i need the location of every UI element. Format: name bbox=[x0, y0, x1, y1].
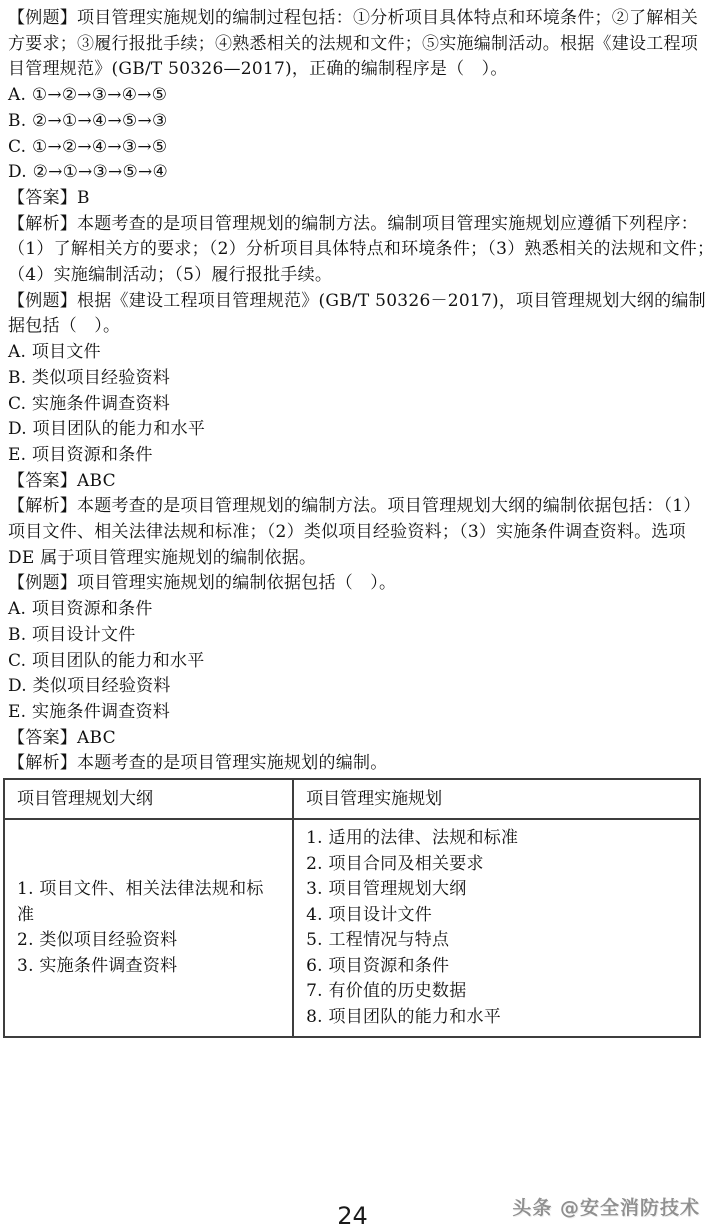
option-b: B. 类似项目经验资料 bbox=[8, 366, 705, 392]
question-block: 【例题】项目管理实施规划的编制过程包括：①分析项目具体特点和环境条件；②了解相关… bbox=[8, 6, 705, 289]
question-stem-line: 【例题】根据《建设工程项目管理规范》(GB/T 50326－2017)，项目管理… bbox=[8, 289, 705, 315]
table-item: 3. 实施条件调查资料 bbox=[17, 954, 280, 980]
answer-line: 【答案】ABC bbox=[8, 726, 705, 752]
table-header-outline: 项目管理规划大纲 bbox=[4, 779, 293, 819]
table-item: 2. 类似项目经验资料 bbox=[17, 928, 280, 954]
analysis-line: （1）了解相关方的要求；（2）分析项目具体特点和环境条件；（3）熟悉相关的法规和… bbox=[8, 237, 705, 263]
question-block: 【例题】项目管理实施规划的编制依据包括（ ）。 A. 项目资源和条件 B. 项目… bbox=[8, 571, 705, 777]
page-content: 【例题】项目管理实施规划的编制过程包括：①分析项目具体特点和环境条件；②了解相关… bbox=[0, 0, 705, 777]
table-cell-implementation-basis: 1. 适用的法律、法规和标准 2. 项目合同及相关要求 3. 项目管理规划大纲 … bbox=[293, 819, 700, 1037]
table-item: 8. 项目团队的能力和水平 bbox=[306, 1005, 687, 1031]
option-c: C. 项目团队的能力和水平 bbox=[8, 649, 705, 675]
option-e: E. 实施条件调查资料 bbox=[8, 700, 705, 726]
analysis-line: DE 属于项目管理实施规划的编制依据。 bbox=[8, 546, 705, 572]
analysis-line: 【解析】本题考查的是项目管理实施规划的编制。 bbox=[8, 751, 705, 777]
table-item: 4. 项目设计文件 bbox=[306, 903, 687, 929]
table-item: 1. 项目文件、相关法律法规和标准 bbox=[17, 877, 280, 928]
table-header-implementation: 项目管理实施规划 bbox=[293, 779, 700, 819]
table-item: 6. 项目资源和条件 bbox=[306, 954, 687, 980]
option-d: D. 类似项目经验资料 bbox=[8, 674, 705, 700]
question-stem-line: 【例题】项目管理实施规划的编制过程包括：①分析项目具体特点和环境条件；②了解相关 bbox=[8, 6, 705, 32]
table-item: 2. 项目合同及相关要求 bbox=[306, 852, 687, 878]
answer-line: 【答案】ABC bbox=[8, 469, 705, 495]
analysis-line: 【解析】本题考查的是项目管理规划的编制方法。编制项目管理实施规划应遵循下列程序： bbox=[8, 212, 705, 238]
question-stem-line: 方要求；③履行报批手续；④熟悉相关的法规和文件；⑤实施编制活动。根据《建设工程项 bbox=[8, 32, 705, 58]
table-item: 1. 适用的法律、法规和标准 bbox=[306, 826, 687, 852]
question-stem-line: 【例题】项目管理实施规划的编制依据包括（ ）。 bbox=[8, 571, 705, 597]
option-e: E. 项目资源和条件 bbox=[8, 443, 705, 469]
table-body-row: 1. 项目文件、相关法律法规和标准 2. 类似项目经验资料 3. 实施条件调查资… bbox=[4, 819, 700, 1037]
question-stem-line: 据包括（ ）。 bbox=[8, 314, 705, 340]
table-header-row: 项目管理规划大纲 项目管理实施规划 bbox=[4, 779, 700, 819]
option-d: D. ②→①→③→⑤→④ bbox=[8, 160, 705, 186]
analysis-line: （4）实施编制活动；（5）履行报批手续。 bbox=[8, 263, 705, 289]
table-item: 5. 工程情况与特点 bbox=[306, 928, 687, 954]
option-c: C. 实施条件调查资料 bbox=[8, 392, 705, 418]
table-item: 7. 有价值的历史数据 bbox=[306, 979, 687, 1005]
table-item: 3. 项目管理规划大纲 bbox=[306, 877, 687, 903]
question-block: 【例题】根据《建设工程项目管理规范》(GB/T 50326－2017)，项目管理… bbox=[8, 289, 705, 572]
option-b: B. 项目设计文件 bbox=[8, 623, 705, 649]
document-page: 【例题】项目管理实施规划的编制过程包括：①分析项目具体特点和环境条件；②了解相关… bbox=[0, 0, 705, 1232]
option-a: A. ①→②→③→④→⑤ bbox=[8, 83, 705, 109]
option-b: B. ②→①→④→⑤→③ bbox=[8, 109, 705, 135]
toutiao-watermark: 头条 @安全消防技术 bbox=[512, 1193, 700, 1220]
analysis-line: 【解析】本题考查的是项目管理规划的编制方法。项目管理规划大纲的编制依据包括：（1… bbox=[8, 494, 705, 520]
option-a: A. 项目文件 bbox=[8, 340, 705, 366]
comparison-table: 项目管理规划大纲 项目管理实施规划 1. 项目文件、相关法律法规和标准 2. 类… bbox=[3, 778, 701, 1038]
question-stem-line: 目管理规范》(GB/T 50326—2017)，正确的编制程序是（ ）。 bbox=[8, 57, 705, 83]
option-d: D. 项目团队的能力和水平 bbox=[8, 417, 705, 443]
answer-line: 【答案】B bbox=[8, 186, 705, 212]
option-a: A. 项目资源和条件 bbox=[8, 597, 705, 623]
option-c: C. ①→②→④→③→⑤ bbox=[8, 135, 705, 161]
table-cell-outline-basis: 1. 项目文件、相关法律法规和标准 2. 类似项目经验资料 3. 实施条件调查资… bbox=[4, 819, 293, 1037]
analysis-line: 项目文件、相关法律法规和标准；（2）类似项目经验资料；（3）实施条件调查资料。选… bbox=[8, 520, 705, 546]
